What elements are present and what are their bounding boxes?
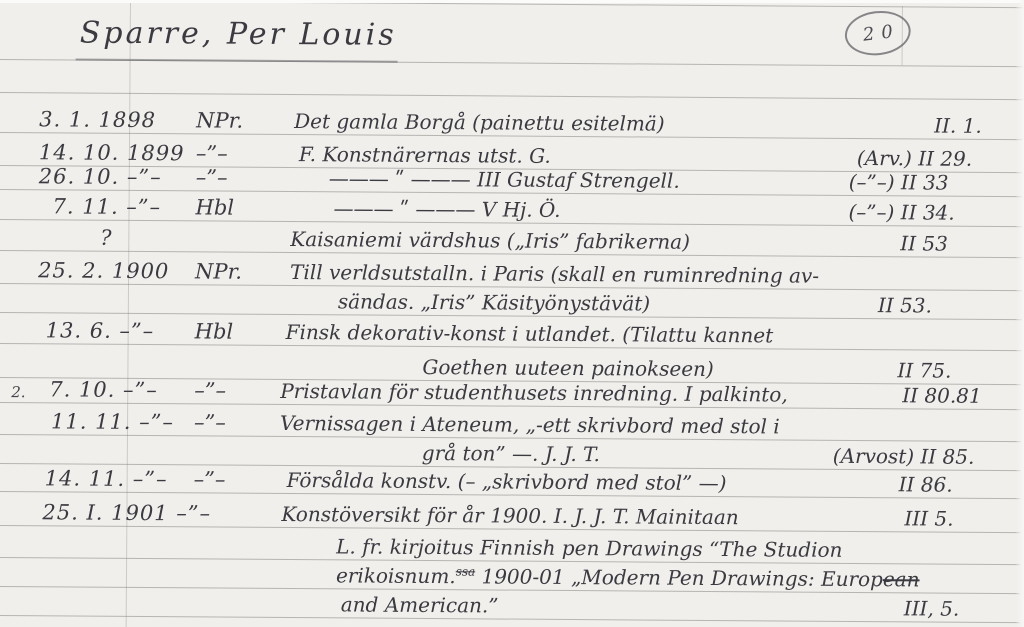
entry-source: NPr. (196, 108, 243, 132)
entry-date: 3. 1. 1898 (39, 107, 156, 132)
scanned-ledger-page: Sparre, Per Louis 20 3. 1. 1898 NPr. Det… (0, 0, 1024, 627)
entry-date: 25. I. 1901 –”– (36, 500, 211, 525)
ledger-row: and American.” III, 5. (0, 581, 1020, 622)
entry-reference: II 53 (900, 231, 948, 255)
entry-reference: II 53. (878, 293, 932, 317)
margin-note: 2. (11, 383, 25, 401)
title-underline (76, 59, 398, 63)
page-title: Sparre, Per Louis (80, 16, 397, 53)
desc-superscript: ssa (456, 565, 476, 579)
page-content: Sparre, Per Louis 20 3. 1. 1898 NPr. Det… (0, 0, 1024, 627)
entry-description: Det gamla Borgå (painettu esitelmä) (294, 109, 665, 136)
entry-date: ? (38, 225, 112, 250)
entry-description: and American.” (341, 592, 499, 617)
entry-description: Finsk dekorativ-konst i utlandet. (Tilat… (286, 320, 774, 347)
entry-reference: II 86. (899, 472, 953, 496)
entry-source: Hbl (195, 195, 234, 219)
entry-source: Hbl (195, 319, 234, 343)
entry-date: 13. 6. –”– (38, 318, 155, 343)
entry-description: Försålda konstv. (– „skrivbord med stol”… (287, 468, 727, 495)
entry-reference: II 80.81 (902, 383, 982, 408)
entry-reference: (–”–) II 34. (848, 200, 954, 225)
entry-source: –”– (194, 467, 226, 491)
entry-reference: III, 5. (904, 596, 960, 620)
ruled-lines (0, 0, 1024, 7)
entry-reference: III 5. (904, 506, 953, 530)
entry-date: 14. 11. –”– (37, 466, 168, 491)
entry-source: –”– (194, 378, 226, 402)
entry-description: Kaisaniemi värdshus („Iris” fabrikerna) (290, 227, 690, 254)
entry-date: 7. 10. –”– (37, 377, 158, 402)
entry-date: 7. 11. –”– (38, 194, 161, 219)
entry-reference: II. 1. (934, 114, 982, 138)
